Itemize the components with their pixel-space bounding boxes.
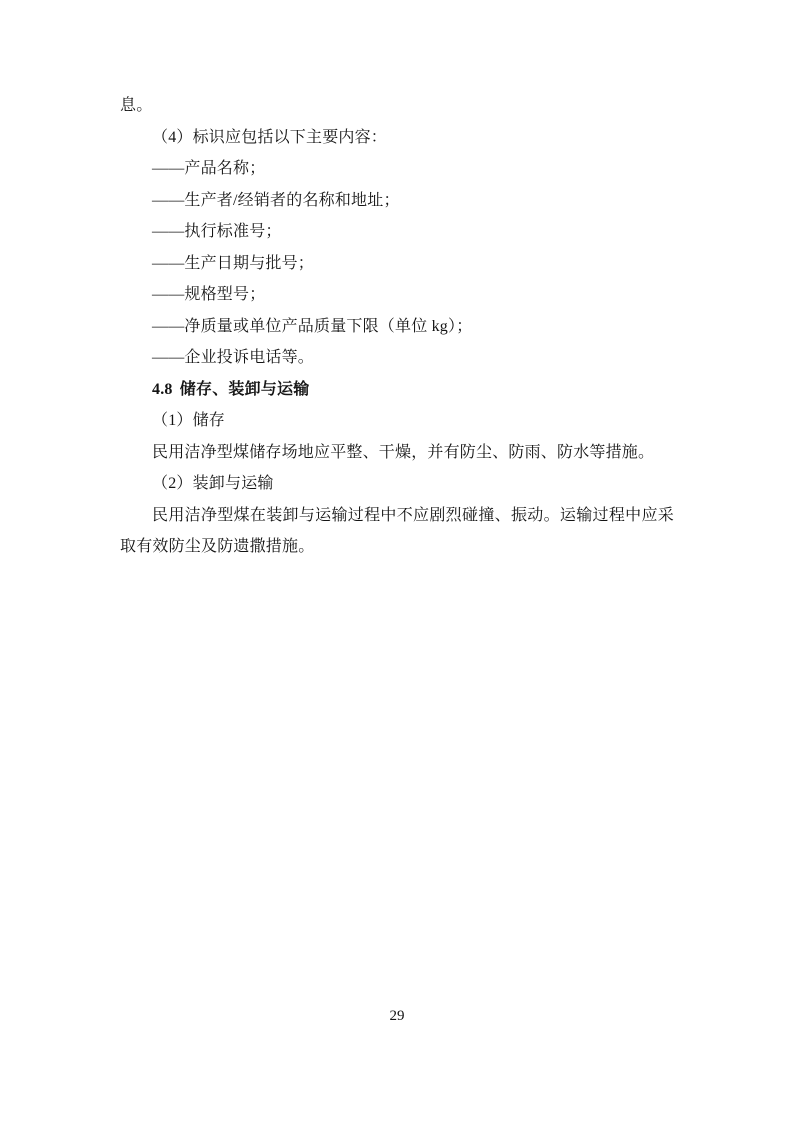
document-page: 息。 （4）标识应包括以下主要内容： ——产品名称； ——生产者/经销者的名称和…	[0, 0, 794, 1123]
label-list-item-spec-model: ——规格型号；	[120, 279, 674, 311]
subsection-2-text: 民用洁净型煤在装卸与运输过程中不应剧烈碰撞、振动。运输过程中应采取有效防尘及防遗…	[120, 500, 674, 563]
subsection-1-label: （1）储存	[120, 405, 674, 437]
label-list-item-production-date: ——生产日期与批号；	[120, 248, 674, 280]
page-body: 息。 （4）标识应包括以下主要内容： ——产品名称； ——生产者/经销者的名称和…	[120, 90, 674, 563]
subsection-1-text: 民用洁净型煤储存场地应平整、干燥，并有防尘、防雨、防水等措施。	[120, 437, 674, 469]
label-requirements-lead: （4）标识应包括以下主要内容：	[120, 122, 674, 154]
label-list-item-standard-number: ——执行标准号；	[120, 216, 674, 248]
page-number: 29	[0, 1006, 794, 1026]
section-title: 储存、装卸与运输	[180, 381, 310, 398]
section-heading-4-8: 4.8储存、装卸与运输	[120, 374, 674, 406]
subsection-2-label: （2）装卸与运输	[120, 468, 674, 500]
label-list-item-producer-address: ——生产者/经销者的名称和地址；	[120, 185, 674, 217]
label-list-item-net-mass: ——净质量或单位产品质量下限（单位 kg）；	[120, 311, 674, 343]
label-list-item-product-name: ——产品名称；	[120, 153, 674, 185]
paragraph-continuation: 息。	[120, 90, 674, 122]
section-number: 4.8	[152, 381, 173, 398]
label-list-item-complaint-phone: ——企业投诉电话等。	[120, 342, 674, 374]
